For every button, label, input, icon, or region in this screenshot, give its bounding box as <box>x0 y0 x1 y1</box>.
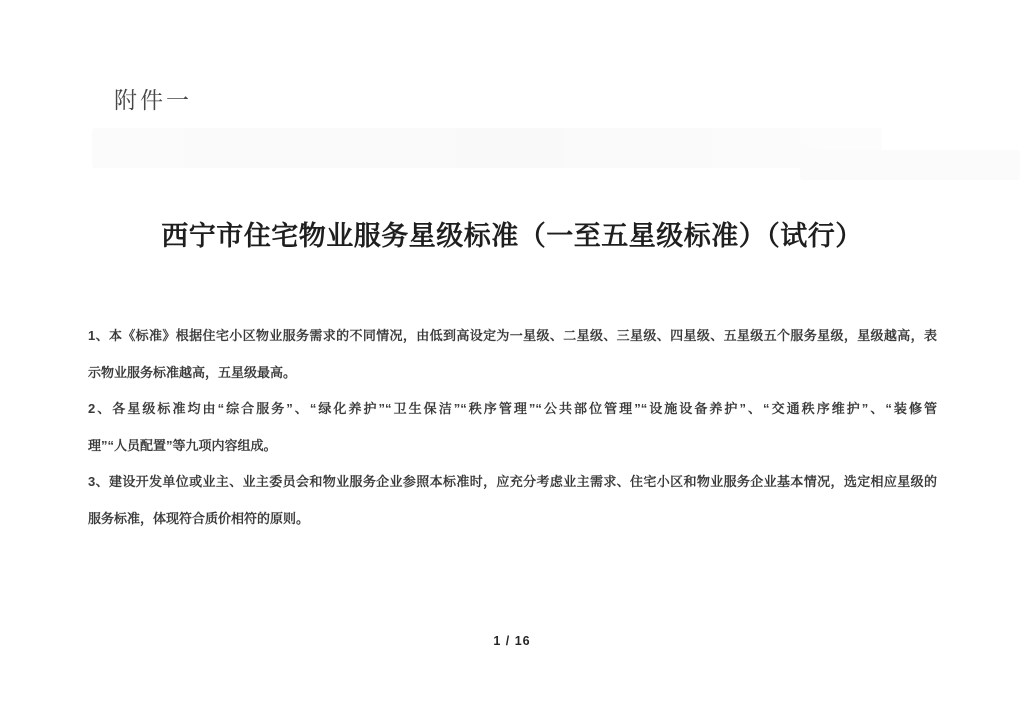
paragraph-3-line-2: 服务标准，体现符合质价相符的原则。 <box>88 501 937 538</box>
document-body: 1、本《标准》根据住宅小区物业服务需求的不同情况，由低到高设定为一星级、二星级、… <box>88 318 937 538</box>
paragraph-1-line-2: 示物业服务标准越高，五星级最高。 <box>88 355 937 392</box>
document-page: 附件一 西宁市住宅物业服务星级标准（一至五星级标准）（试行） 1、本《标准》根据… <box>0 0 1024 723</box>
document-title: 西宁市住宅物业服务星级标准（一至五星级标准）（试行） <box>0 214 1024 253</box>
page-number: 1 / 16 <box>0 634 1024 648</box>
scan-artifact <box>800 150 1020 180</box>
scan-artifact <box>92 128 882 168</box>
paragraph-2-line-1: 2、各星级标准均由“综合服务”、“绿化养护”“卫生保洁”“秩序管理”“公共部位管… <box>88 391 937 428</box>
paragraph-3-line-1: 3、建设开发单位或业主、业主委员会和物业服务企业参照本标准时，应充分考虑业主需求… <box>88 464 937 501</box>
attachment-label: 附件一 <box>114 82 192 115</box>
paragraph-1-line-1: 1、本《标准》根据住宅小区物业服务需求的不同情况，由低到高设定为一星级、二星级、… <box>88 318 937 355</box>
paragraph-2-line-2: 理”“人员配置”等九项内容组成。 <box>88 428 937 465</box>
